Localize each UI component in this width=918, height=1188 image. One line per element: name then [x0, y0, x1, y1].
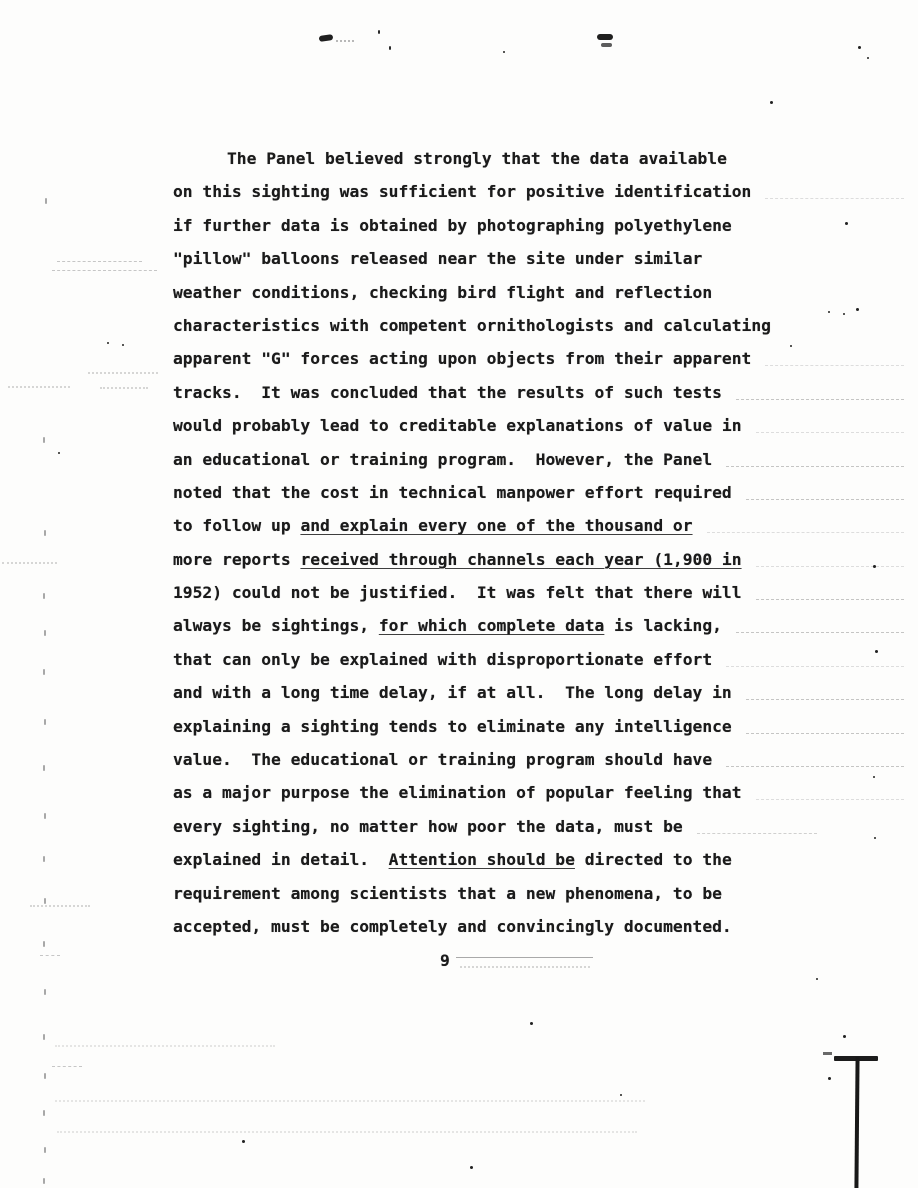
margin-mark [44, 898, 46, 904]
scan-dot [875, 650, 878, 653]
margin-mark [43, 765, 45, 771]
text-segment: value. The educational or training progr… [173, 750, 712, 769]
text-run: The Panel believed strongly that the dat… [173, 142, 727, 175]
text-run: always be sightings, for which complete … [173, 609, 722, 642]
margin-mark [43, 1110, 45, 1116]
text-line: that can only be explained with dispropo… [173, 643, 910, 676]
scan-streak [100, 387, 148, 389]
text-segment: always be sightings, [173, 616, 379, 635]
scan-smudge [601, 43, 612, 47]
text-run: and with a long time delay, if at all. T… [173, 676, 732, 709]
text-segment: every sighting, no matter how poor the d… [173, 817, 683, 836]
text-segment: accepted, must be completely and convinc… [173, 917, 732, 936]
scan-dot [873, 565, 876, 568]
text-line: an educational or training program. Howe… [173, 443, 910, 476]
text-segment: weather conditions, checking bird flight… [173, 283, 712, 302]
scan-streak [726, 766, 904, 767]
margin-mark [44, 813, 46, 819]
scan-streak [707, 532, 904, 533]
text-line: every sighting, no matter how poor the d… [173, 810, 910, 843]
text-run: that can only be explained with dispropo… [173, 643, 712, 676]
scan-tick-mark [823, 1052, 832, 1055]
scan-streak [456, 957, 593, 958]
page-footer: 9 [173, 944, 910, 977]
scan-streak [2, 562, 57, 564]
text-line: "pillow" balloons released near the site… [173, 242, 910, 275]
scan-streak [726, 466, 904, 467]
scan-dot [873, 776, 875, 778]
text-run: "pillow" balloons released near the site… [173, 242, 702, 275]
scan-dot [503, 51, 505, 53]
scan-streak [55, 1045, 275, 1047]
underlined-text-segment: for which complete data [379, 616, 604, 635]
scan-streak [736, 632, 904, 633]
underlined-text-segment: Attention should be [389, 850, 575, 869]
scan-dot [874, 837, 876, 839]
scan-streak [40, 955, 60, 956]
text-segment: The Panel believed strongly that the dat… [227, 149, 727, 168]
scan-dot [242, 1140, 245, 1143]
text-line: to follow up and explain every one of th… [173, 509, 910, 542]
scan-streak [756, 799, 904, 800]
text-run: more reports received through channels e… [173, 543, 742, 576]
text-run: tracks. It was concluded that the result… [173, 376, 722, 409]
margin-mark [43, 1034, 45, 1040]
scan-smudge [319, 34, 334, 42]
scan-dot [790, 345, 792, 347]
scan-streak [88, 372, 158, 374]
margin-mark [44, 630, 46, 636]
page-number: 9 [440, 944, 450, 977]
text-segment: an educational or training program. Howe… [173, 450, 712, 469]
scan-dot [530, 1022, 533, 1025]
text-run: accepted, must be completely and convinc… [173, 910, 732, 943]
margin-mark [43, 941, 45, 947]
text-segment: directed to the [575, 850, 732, 869]
margin-mark [43, 1178, 45, 1184]
text-run: if further data is obtained by photograp… [173, 209, 732, 242]
margin-mark [43, 437, 45, 443]
scan-dot [107, 342, 109, 344]
scan-streak [57, 1131, 637, 1133]
text-run: requirement among scientists that a new … [173, 877, 722, 910]
text-run: on this sighting was sufficient for posi… [173, 175, 751, 208]
scan-streak [756, 599, 904, 600]
text-line: The Panel believed strongly that the dat… [173, 142, 910, 175]
scan-dot [845, 222, 848, 225]
scan-dot [858, 46, 861, 49]
scan-streak [746, 699, 904, 700]
scan-smudge [336, 40, 354, 42]
underlined-text-segment: and explain every one of the thousand or [300, 516, 692, 535]
scan-dot [828, 1077, 831, 1080]
scan-streak [697, 833, 817, 834]
scan-streak [756, 432, 904, 433]
scan-streak [57, 261, 142, 262]
text-run: as a major purpose the elimination of po… [173, 776, 742, 809]
text-segment: 1952) could not be justified. It was fel… [173, 583, 742, 602]
text-run: would probably lead to creditable explan… [173, 409, 742, 442]
scan-streak [726, 666, 904, 667]
text-line: value. The educational or training progr… [173, 743, 910, 776]
margin-mark [44, 1147, 46, 1153]
text-run: characteristics with competent ornitholo… [173, 309, 771, 342]
underlined-text-segment: received through channels each year (1,9… [300, 550, 741, 569]
text-segment: would probably lead to creditable explan… [173, 416, 742, 435]
scan-dot [856, 308, 859, 311]
scan-dot [828, 311, 830, 313]
text-line: on this sighting was sufficient for posi… [173, 175, 910, 208]
scan-dot [843, 1035, 846, 1038]
scan-streak [460, 966, 590, 968]
scan-streak [30, 905, 90, 907]
scan-streak [52, 1066, 82, 1067]
margin-mark [44, 530, 46, 536]
scan-smudge [597, 34, 613, 40]
text-run: 1952) could not be justified. It was fel… [173, 576, 742, 609]
margin-mark [43, 856, 45, 862]
text-line: apparent "G" forces acting upon objects … [173, 342, 910, 375]
text-segment: on this sighting was sufficient for posi… [173, 182, 751, 201]
text-run: weather conditions, checking bird flight… [173, 276, 712, 309]
text-line: always be sightings, for which complete … [173, 609, 910, 642]
page-number-line: 9 [173, 944, 910, 977]
scan-streak [52, 270, 157, 271]
text-line: more reports received through channels e… [173, 543, 910, 576]
text-segment: explaining a sighting tends to eliminate… [173, 717, 732, 736]
text-segment: noted that the cost in technical manpowe… [173, 483, 732, 502]
scan-dot [620, 1094, 622, 1096]
margin-mark [43, 669, 45, 675]
scan-streak [8, 386, 70, 388]
scan-dot [770, 101, 773, 104]
scan-streak [746, 733, 904, 734]
scan-dot [378, 30, 380, 34]
text-line: would probably lead to creditable explan… [173, 409, 910, 442]
text-run: explaining a sighting tends to eliminate… [173, 710, 732, 743]
text-run: noted that the cost in technical manpowe… [173, 476, 732, 509]
text-segment: apparent "G" forces acting upon objects … [173, 349, 751, 368]
text-segment: "pillow" balloons released near the site… [173, 249, 702, 268]
scan-streak [756, 566, 904, 567]
scan-streak [736, 399, 904, 400]
text-segment: that can only be explained with dispropo… [173, 650, 712, 669]
scan-dot [843, 313, 845, 315]
margin-mark [43, 593, 45, 599]
text-run: apparent "G" forces acting upon objects … [173, 342, 751, 375]
scan-streak [746, 499, 904, 500]
text-line: 1952) could not be justified. It was fel… [173, 576, 910, 609]
text-run: explained in detail. Attention should be… [173, 843, 732, 876]
text-line: if further data is obtained by photograp… [173, 209, 910, 242]
margin-mark [44, 1073, 46, 1079]
scan-dot [867, 57, 869, 59]
text-line: noted that the cost in technical manpowe… [173, 476, 910, 509]
scan-streak [55, 1100, 645, 1102]
text-line: tracks. It was concluded that the result… [173, 376, 910, 409]
text-segment: to follow up [173, 516, 300, 535]
scan-dot [389, 46, 391, 50]
text-line: as a major purpose the elimination of po… [173, 776, 910, 809]
text-line: explained in detail. Attention should be… [173, 843, 910, 876]
text-line: accepted, must be completely and convinc… [173, 910, 910, 943]
text-segment: tracks. It was concluded that the result… [173, 383, 722, 402]
text-segment: explained in detail. [173, 850, 389, 869]
margin-mark [45, 198, 47, 204]
scan-dot [58, 452, 60, 454]
text-line: explaining a sighting tends to eliminate… [173, 710, 910, 743]
document-body-text: The Panel believed strongly that the dat… [173, 142, 910, 943]
scan-dot [122, 344, 124, 346]
text-run: an educational or training program. Howe… [173, 443, 712, 476]
text-run: value. The educational or training progr… [173, 743, 712, 776]
scanned-page: The Panel believed strongly that the dat… [0, 0, 918, 1188]
text-segment: requirement among scientists that a new … [173, 884, 722, 903]
text-line: characteristics with competent ornitholo… [173, 309, 910, 342]
scan-vertical-line-artifact [854, 1057, 859, 1188]
scan-streak [765, 198, 904, 199]
text-line: requirement among scientists that a new … [173, 877, 910, 910]
text-run: every sighting, no matter how poor the d… [173, 810, 683, 843]
text-line: weather conditions, checking bird flight… [173, 276, 910, 309]
text-line: and with a long time delay, if at all. T… [173, 676, 910, 709]
text-segment: more reports [173, 550, 300, 569]
scan-dot [816, 978, 818, 980]
text-segment: if further data is obtained by photograp… [173, 216, 732, 235]
margin-mark [44, 719, 46, 725]
scan-dot [470, 1166, 473, 1169]
text-segment: as a major purpose the elimination of po… [173, 783, 742, 802]
margin-mark [44, 989, 46, 995]
text-run: to follow up and explain every one of th… [173, 509, 693, 542]
scan-streak [765, 365, 904, 366]
text-segment: characteristics with competent ornitholo… [173, 316, 771, 335]
text-segment: and with a long time delay, if at all. T… [173, 683, 732, 702]
text-segment: is lacking, [604, 616, 722, 635]
